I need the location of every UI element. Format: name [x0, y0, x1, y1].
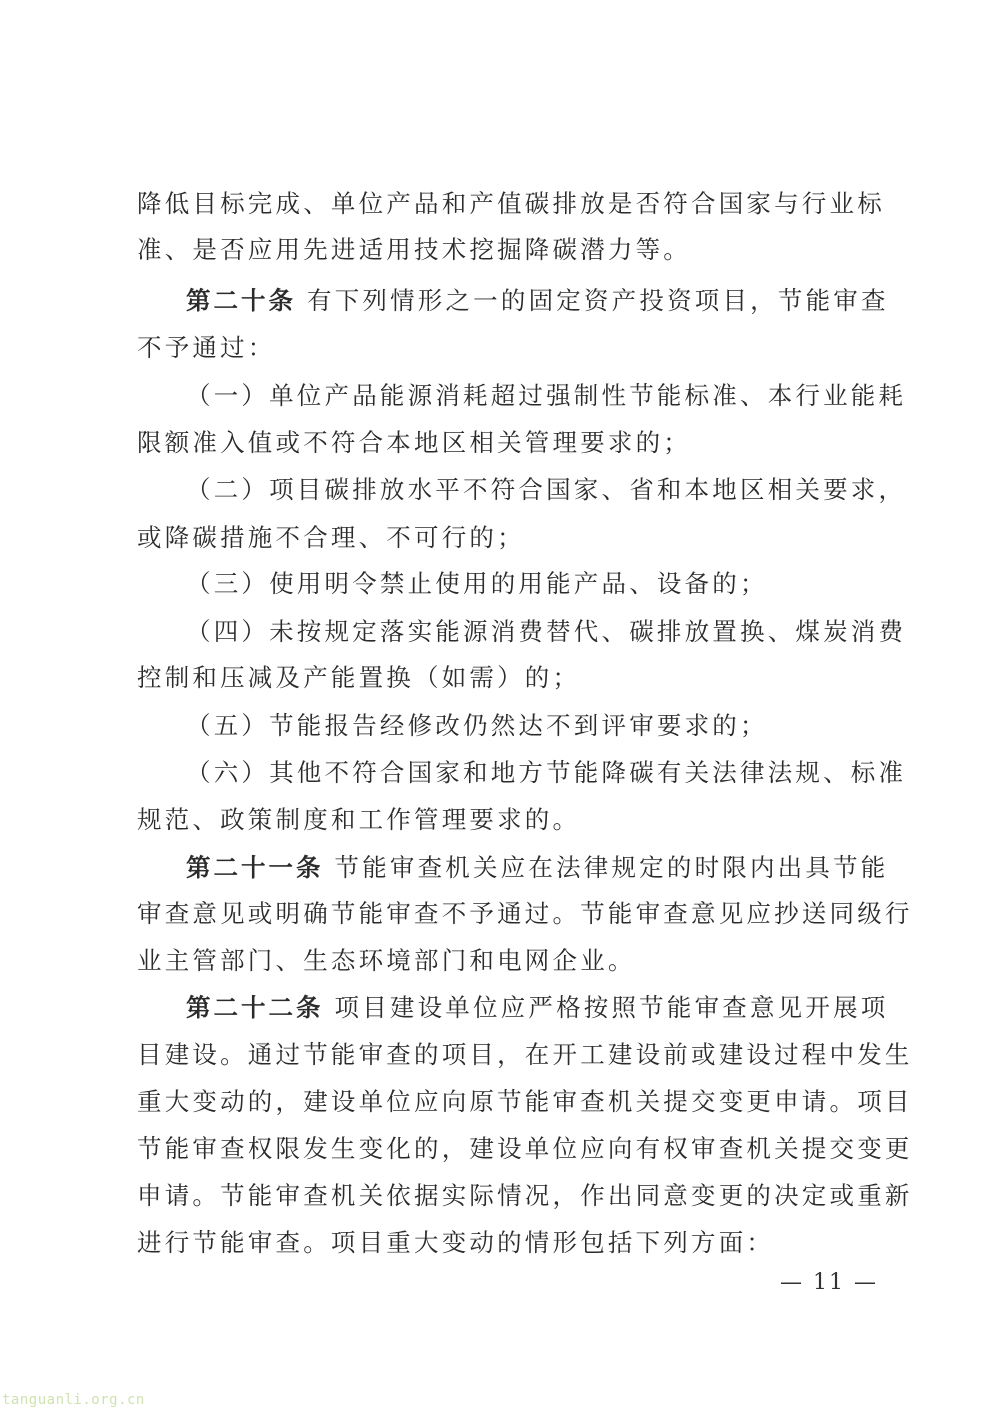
- list-item-5: （五）节能报告经修改仍然达不到评审要求的；: [186, 710, 877, 742]
- list-item-6: （六）其他不符合国家和地方节能降碳有关法律法规、标准: [186, 757, 877, 789]
- article-text: 项目建设单位应严格按照节能审查意见开展项: [324, 993, 889, 1022]
- page-number: — 11 —: [780, 1268, 880, 1298]
- paragraph-line: 准、是否应用先进适用技术挖掘降碳潜力等。: [137, 234, 877, 266]
- paragraph-line: 业主管部门、生态环境部门和电网企业。: [137, 945, 877, 977]
- paragraph-line: 进行节能审查。项目重大变动的情形包括下列方面：: [137, 1227, 877, 1259]
- paragraph-line: 降低目标完成、单位产品和产值碳排放是否符合国家与行业标: [137, 188, 877, 220]
- article-number: 第二十一条: [186, 853, 324, 882]
- article-text: 节能审查机关应在法律规定的时限内出具节能: [324, 853, 889, 882]
- document-page: 降低目标完成、单位产品和产值碳排放是否符合国家与行业标 准、是否应用先进适用技术…: [0, 0, 1000, 1414]
- paragraph-line: 重大变动的，建设单位应向原节能审查机关提交变更申请。项目: [137, 1086, 877, 1118]
- list-item-6-cont: 规范、政策制度和工作管理要求的。: [137, 804, 877, 836]
- paragraph-line: 申请。节能审查机关依据实际情况，作出同意变更的决定或重新: [137, 1180, 877, 1212]
- article-21-heading-line: 第二十一条 节能审查机关应在法律规定的时限内出具节能: [186, 852, 877, 884]
- paragraph-line: 节能审查权限发生变化的，建设单位应向有权审查机关提交变更: [137, 1133, 877, 1165]
- article-22-heading-line: 第二十二条 项目建设单位应严格按照节能审查意见开展项: [186, 992, 877, 1024]
- article-number: 第二十二条: [186, 993, 324, 1022]
- watermark: tanguanli.org.cn: [2, 1392, 145, 1408]
- list-item-4: （四）未按规定落实能源消费替代、碳排放置换、煤炭消费: [186, 616, 877, 648]
- paragraph-line: 审查意见或明确节能审查不予通过。节能审查意见应抄送同级行: [137, 898, 877, 930]
- list-item-4-cont: 控制和压减及产能置换（如需）的；: [137, 662, 877, 694]
- list-item-2: （二）项目碳排放水平不符合国家、省和本地区相关要求，: [186, 474, 877, 506]
- list-item-1: （一）单位产品能源消耗超过强制性节能标准、本行业能耗: [186, 380, 877, 412]
- list-item-1-cont: 限额准入值或不符合本地区相关管理要求的；: [137, 427, 877, 459]
- list-item-3: （三）使用明令禁止使用的用能产品、设备的；: [186, 568, 877, 600]
- list-item-2-cont: 或降碳措施不合理、不可行的；: [137, 522, 877, 554]
- article-number: 第二十条: [186, 286, 296, 315]
- article-text: 有下列情形之一的固定资产投资项目，节能审查: [296, 286, 889, 315]
- paragraph-line: 不予通过：: [137, 332, 877, 364]
- paragraph-line: 目建设。通过节能审查的项目，在开工建设前或建设过程中发生: [137, 1039, 877, 1071]
- article-20-heading-line: 第二十条 有下列情形之一的固定资产投资项目，节能审查: [186, 285, 877, 317]
